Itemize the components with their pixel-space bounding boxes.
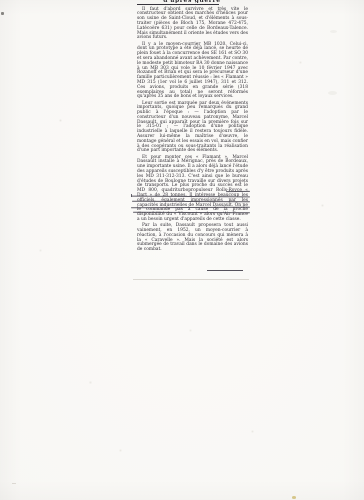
article-paragraph: Il faut d'abord survivre et très vite le…	[137, 8, 248, 42]
newspaper-clipping: d'après guerre Il faut d'abord survivre …	[133, 0, 251, 283]
clipping-bottom-edge	[133, 279, 249, 280]
pen-underline-mark	[133, 211, 250, 212]
article-paragraph: Il y a le moyen-courrier MB 1020. Celui-…	[137, 43, 248, 101]
header-rule	[137, 4, 219, 5]
scan-smudge	[328, 91, 337, 95]
scan-smudge	[330, 30, 337, 33]
scan-dust	[0, 0, 1, 1]
pen-tick-mark	[131, 194, 132, 197]
scan-speck	[1, 12, 4, 15]
clipping-header: d'après guerre	[133, 0, 251, 3]
pen-underline-mark	[131, 206, 250, 208]
end-of-article-rule	[207, 270, 243, 271]
scan-speck	[292, 496, 296, 499]
scan-speck	[12, 483, 16, 484]
article-body: Il faut d'abord survivre et très vite le…	[133, 8, 251, 253]
scanned-page: d'après guerre Il faut d'abord survivre …	[0, 0, 364, 500]
article-paragraph: Par la suite, Dassault proposera tout au…	[137, 224, 248, 253]
article-paragraph: Leur sortie est marquée par deux événeme…	[137, 102, 248, 155]
clipped-header-title: d'après guerre	[133, 0, 251, 3]
